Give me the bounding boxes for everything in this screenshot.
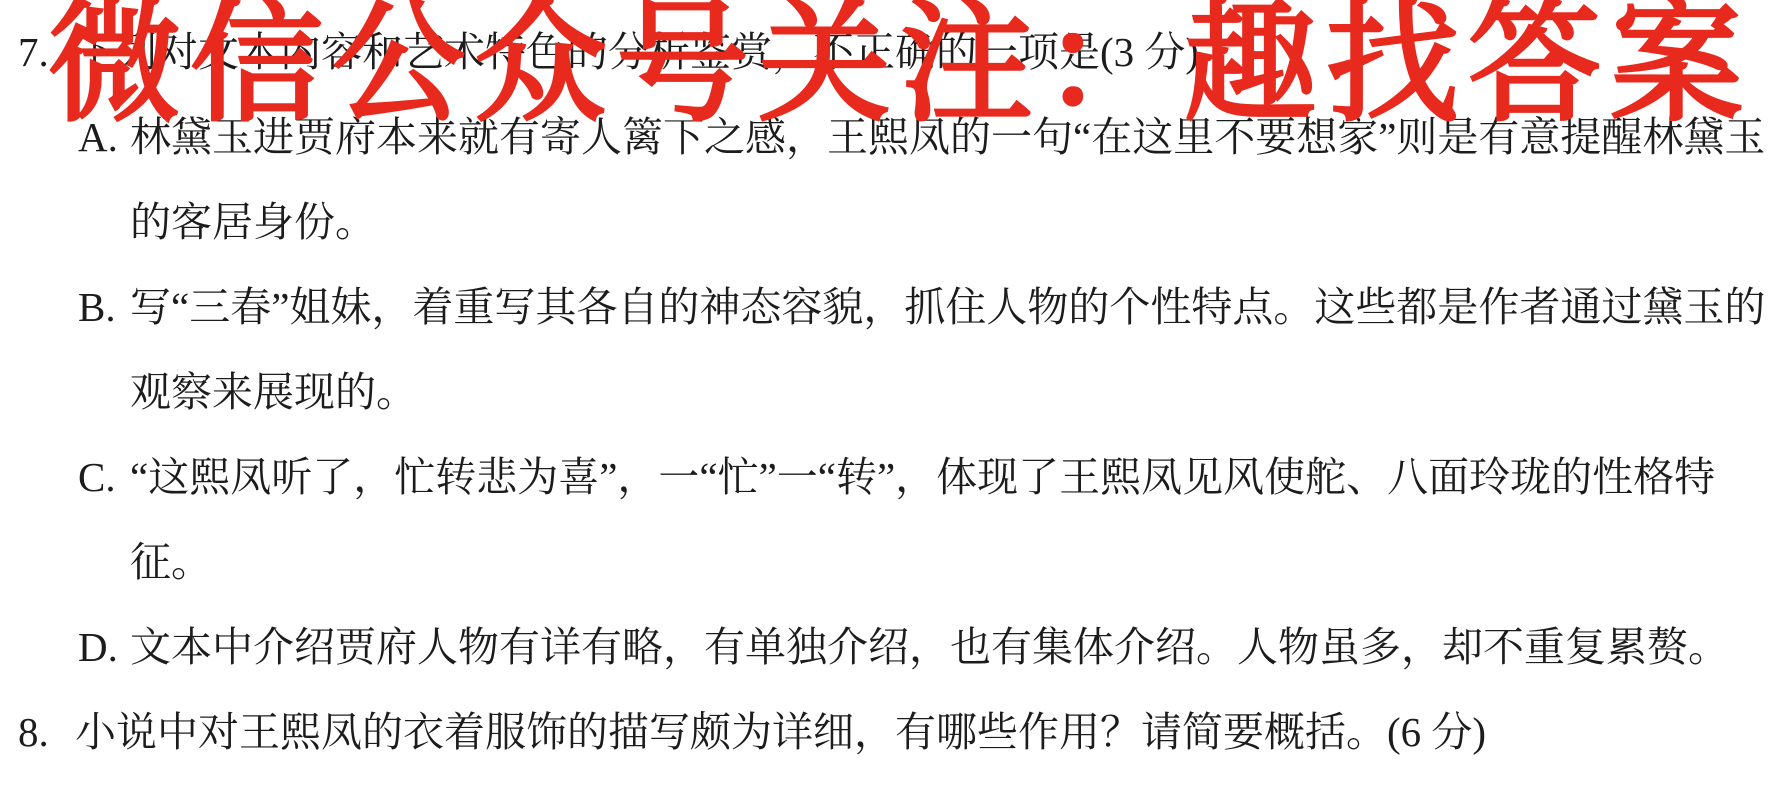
option-d-text: 文本中介绍贾府人物有详有略，有单独介绍，也有集体介绍。人物虽多，却不重复累赘。	[130, 605, 1776, 690]
question-7-option-a: A. 林黛玉进贾府本来就有寄人篱下之感，王熙凤的一句“在这里不要想家”则是有意提…	[78, 95, 1776, 265]
option-a-label: A.	[78, 95, 130, 180]
option-b-text: 写“三春”姐妹，着重写其各自的神态容貌，抓住人物的个性特点。这些都是作者通过黛玉…	[130, 265, 1776, 435]
question-7-option-d: D. 文本中介绍贾府人物有详有略，有单独介绍，也有集体介绍。人物虽多，却不重复累…	[78, 605, 1776, 690]
question-7-option-b: B. 写“三春”姐妹，着重写其各自的神态容貌，抓住人物的个性特点。这些都是作者通…	[78, 265, 1776, 435]
question-8-text: 小说中对王熙凤的衣着服饰的描写颇为详细，有哪些作用？请简要概括。(6 分)	[75, 690, 1776, 775]
question-7-option-c: C. “这熙凤听了，忙转悲为喜”，一“忙”一“转”，体现了王熙凤见风使舵、八面玲…	[78, 435, 1776, 605]
question-8-number: 8.	[18, 690, 75, 775]
question-7: 7. 下列对文本内容和艺术特色的分析鉴赏，不正确的一项是(3 分)	[18, 10, 1776, 95]
question-7-number: 7.	[18, 10, 75, 95]
option-b-label: B.	[78, 265, 130, 350]
option-a-text: 林黛玉进贾府本来就有寄人篱下之感，王熙凤的一句“在这里不要想家”则是有意提醒林黛…	[130, 95, 1776, 265]
question-8: 8. 小说中对王熙凤的衣着服饰的描写颇为详细，有哪些作用？请简要概括。(6 分)	[18, 690, 1776, 775]
option-c-text: “这熙凤听了，忙转悲为喜”，一“忙”一“转”，体现了王熙凤见风使舵、八面玲珑的性…	[130, 435, 1776, 605]
option-c-label: C.	[78, 435, 130, 520]
exam-page: 7. 下列对文本内容和艺术特色的分析鉴赏，不正确的一项是(3 分) A. 林黛玉…	[18, 10, 1776, 775]
question-7-stem: 下列对文本内容和艺术特色的分析鉴赏，不正确的一项是(3 分)	[75, 10, 1776, 95]
option-d-label: D.	[78, 605, 130, 690]
